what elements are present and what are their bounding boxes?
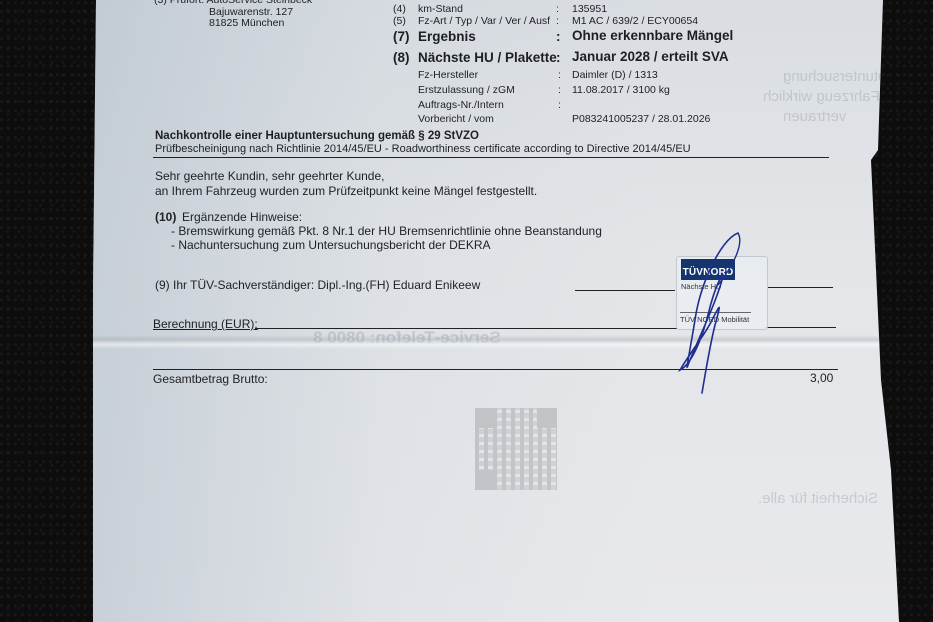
field-label: Nächste HU / Plakette [418,50,557,65]
field-colon: : [556,29,561,44]
field-label: Fz-Hersteller [418,69,478,81]
show-through-text: vertrauen [783,108,846,125]
total-value: 3,00 [810,371,833,385]
field-colon: : [558,99,561,111]
field-value: M1 AC / 639/2 / ECY00654 [572,15,698,27]
field-colon: : [556,50,561,65]
handwritten-signature [660,225,760,395]
show-through-qr-code [475,408,557,490]
billing-line [255,328,677,329]
field-value: 11.08.2017 / 3100 kg [572,84,670,96]
note-item: - Bremswirkung gemäß Pkt. 8 Nr.1 der HU … [171,224,602,238]
note-item: - Nachuntersuchung zum Untersuchungsberi… [171,238,491,252]
next-inspection-value: Januar 2028 / erteilt SVA [572,49,729,64]
notes-num: (10) [155,210,176,224]
sender-city: 81825 München [209,17,284,29]
show-through-text: Service-Telefon: 0800 8 [313,328,501,348]
greeting: Sehr geehrte Kundin, sehr geehrter Kunde… [155,169,385,183]
field-label: Ergebnis [418,29,476,44]
signature-line [768,287,833,288]
notes-heading: Ergänzende Hinweise: [182,210,302,224]
result-message: an Ihrem Fahrzeug wurden zum Prüfzeitpun… [155,184,537,198]
field-colon: : [556,3,559,15]
billing-label: Berechnung (EUR): [153,317,258,331]
billing-line [766,327,836,328]
field-colon: : [558,69,561,81]
field-value: 135951 [572,3,607,15]
total-label: Gesamtbetrag Brutto: [153,372,268,386]
field-num: (7) [393,29,410,44]
field-label: Fz-Art / Typ / Var / Ver / Ausf [418,15,550,27]
field-label: Erstzulassung / zGM [418,84,515,96]
field-num: (5) [393,15,406,27]
field-label: km-Stand [418,3,463,15]
field-value: Daimler (D) / 1313 [572,69,658,81]
document-title: Nachkontrolle einer Hauptuntersuchung ge… [155,130,479,142]
result-value: Ohne erkennbare Mängel [572,28,733,43]
field-value: P083241005237 / 28.01.2026 [572,113,710,125]
inspector-name: (9) Ihr TÜV-Sachverständiger: Dipl.-Ing.… [155,278,480,292]
field-num: (8) [393,50,410,65]
field-num: (4) [393,3,406,15]
show-through-text: Sicherheit für alle. [758,490,878,507]
document-subtitle: Prüfbescheinigung nach Richtlinie 2014/4… [155,143,691,155]
divider [153,157,829,158]
field-label: Auftrags-Nr./Intern [418,99,504,111]
field-colon: : [556,15,559,27]
field-label: Vorbericht / vom [418,113,494,125]
field-colon: : [558,84,561,96]
